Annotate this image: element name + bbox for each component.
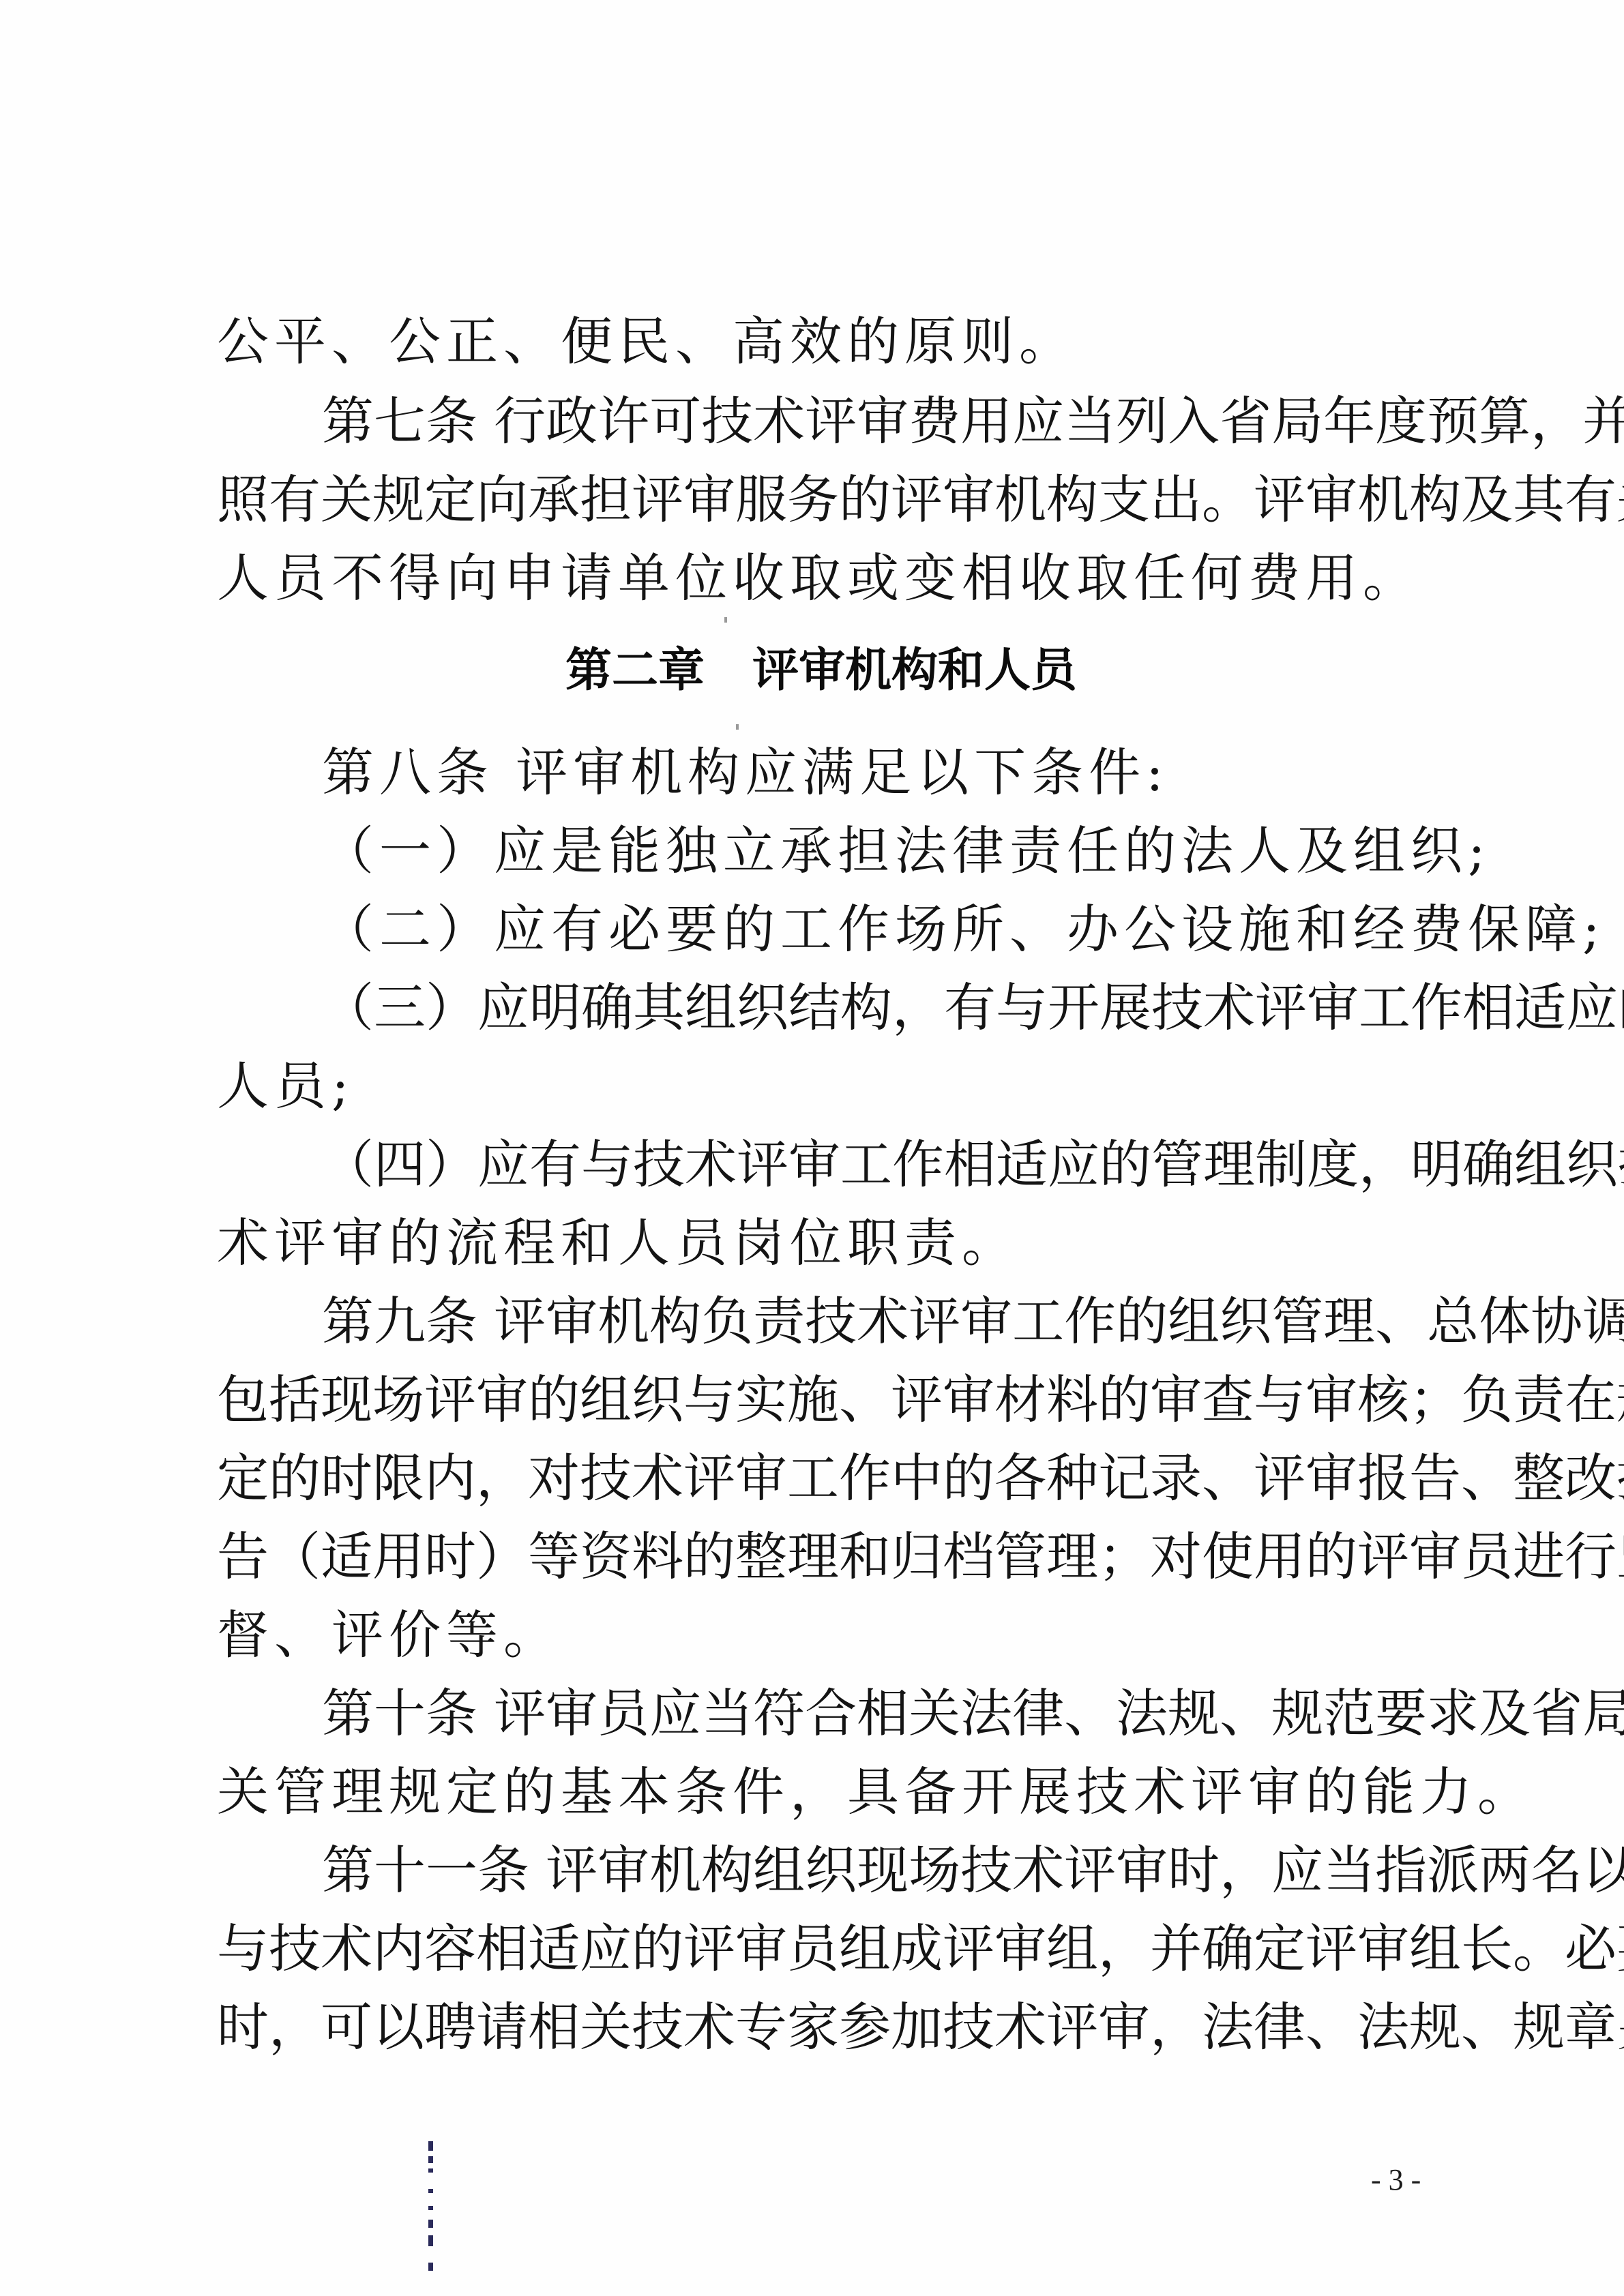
article-8-line-1: 第八条 评审机构应满足以下条件: [322, 735, 1426, 810]
article-11-line-2: 与技术内容相适应的评审员组成评审组，并确定评审组长。必要 [217, 1911, 1426, 1986]
binding-marks-decoration [428, 2141, 435, 2271]
article-7-line-3: 人员不得向申请单位收取或变相收取任何费用。 [217, 541, 1426, 616]
article-9-line-3: 定的时限内，对技术评审工作中的各种记录、评审报告、整改报 [217, 1441, 1426, 1516]
article-8-item-3-line-2: 人员; [217, 1049, 1426, 1124]
chapter-heading: 第二章评审机构和人员 [217, 633, 1426, 709]
scan-speck [736, 724, 739, 730]
text-line-principles-end: 公平、公正、便民、高效的原则。 [217, 304, 1426, 379]
article-10-line-2: 关管理规定的基本条件，具备开展技术评审的能力。 [217, 1755, 1426, 1830]
scan-speck [724, 617, 727, 623]
article-8-item-3-line-1: （三）应明确其组织结构，有与开展技术评审工作相适应的 [322, 970, 1426, 1045]
article-11-line-3: 时，可以聘请相关技术专家参加技术评审，法律、法规、规章另 [217, 1990, 1426, 2065]
article-9-line-1: 第九条 评审机构负责技术评审工作的组织管理、总体协调， [322, 1284, 1426, 1359]
chapter-number: 第二章 [565, 644, 705, 698]
article-8-item-4-line-2: 术评审的流程和人员岗位职责。 [217, 1206, 1426, 1281]
article-8-item-2: （二）应有必要的工作场所、办公设施和经费保障; [322, 892, 1426, 967]
article-9-line-2: 包括现场评审的组织与实施、评审材料的审查与审核；负责在规 [217, 1362, 1426, 1437]
article-7-line-2: 照有关规定向承担评审服务的评审机构支出。评审机构及其有关 [217, 462, 1426, 537]
page-number: - 3 - [1371, 2163, 1421, 2197]
chapter-title: 评审机构和人员 [752, 644, 1077, 698]
article-10-line-1: 第十条 评审员应当符合相关法律、法规、规范要求及省局相 [322, 1676, 1426, 1751]
article-11-line-1: 第十一条 评审机构组织现场技术评审时，应当指派两名以上 [322, 1833, 1426, 1908]
article-9-line-4: 告（适用时）等资料的整理和归档管理；对使用的评审员进行监 [217, 1519, 1426, 1594]
article-8-item-1: （一）应是能独立承担法律责任的法人及组织; [322, 814, 1426, 889]
document-page: 公平、公正、便民、高效的原则。 第七条 行政许可技术评审费用应当列入省局年度预算… [0, 0, 1624, 2296]
article-8-item-4-line-1: （四）应有与技术评审工作相适应的管理制度，明确组织技 [322, 1127, 1426, 1202]
article-7-line-1: 第七条 行政许可技术评审费用应当列入省局年度预算，并按 [322, 384, 1426, 459]
article-9-line-5: 督、评价等。 [217, 1598, 1426, 1673]
